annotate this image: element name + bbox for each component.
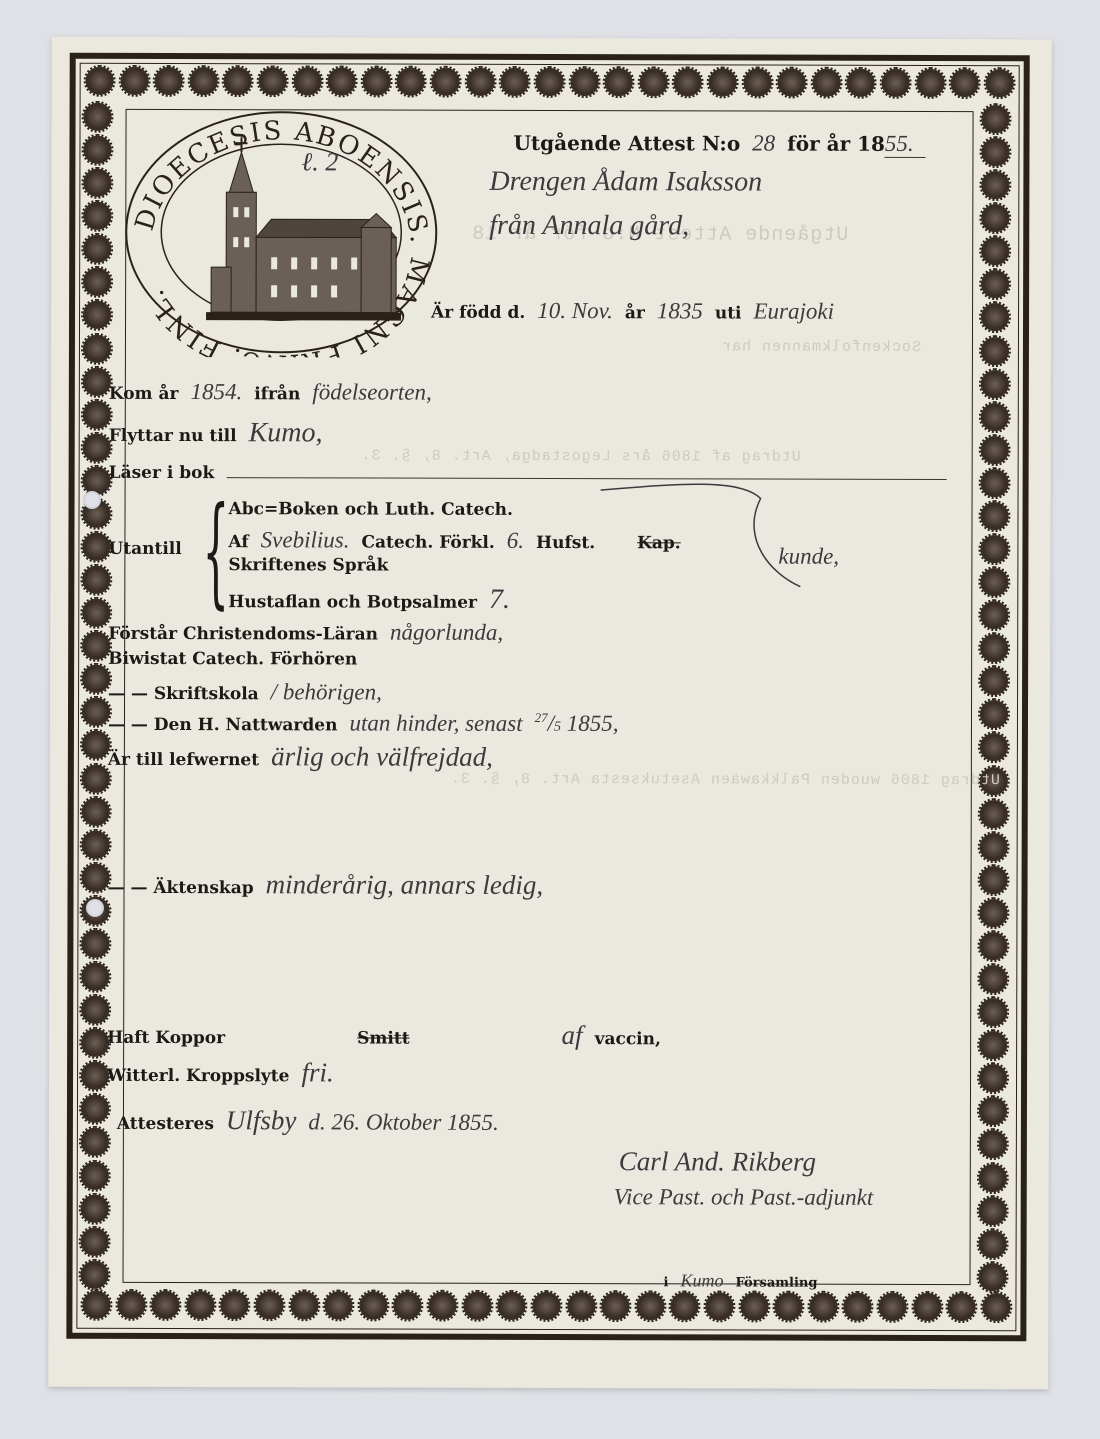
document-page: Utgående Attest N:o för år 18 Sockenfolk… — [48, 37, 1052, 1390]
brace-icon: { — [202, 492, 229, 612]
utantill-side-note: kunde, — [778, 544, 839, 570]
person-line-1: Drengen Ådam Isaksson — [489, 166, 762, 199]
signature-title: Vice Past. och Past.-adjunkt — [614, 1184, 874, 1211]
utantill-label: Utantill — [108, 539, 181, 559]
bracket-stroke-icon — [600, 478, 840, 599]
date-year: 1855, — [567, 711, 619, 736]
field-smallpox: Haft Koppor Smitt af vaccin, — [107, 1019, 661, 1051]
signature-name: Carl And. Rikberg — [619, 1146, 816, 1178]
attest-date: d. 26. Oktober 1855. — [308, 1109, 498, 1135]
utantill-item: Hustaflan och Botpsalmer 7. — [228, 583, 510, 616]
date-day: 27 — [535, 710, 548, 725]
utantill-item-text: Catech. Förkl. — [361, 533, 494, 553]
certificate-header: Utgående Attest N:o 28 för år 1855. — [513, 130, 925, 158]
field-conduct: Är till lefwernet ärlig och välfrejdad, — [108, 741, 493, 773]
utantill-item-suffix: Hufst. — [536, 533, 595, 553]
parish-prefix: i — [663, 1275, 668, 1290]
bleed-through-text: Utdrag 1806 wuoden Palkkawäen Asetuksest… — [450, 771, 1000, 789]
utantill-item-hand: Svebilius. — [261, 527, 350, 553]
field-label: Biwistat Catech. Förhören — [108, 649, 357, 670]
field-label: Haft Koppor — [107, 1028, 225, 1048]
utantill-item-text: Abc=Boken och Luth. Catech. — [229, 499, 513, 520]
vaccin-label: vaccin, — [595, 1029, 661, 1049]
utantill-item-hand: 7. — [489, 584, 510, 616]
field-value: utan hinder, senast — [349, 710, 522, 736]
field-value: födelseorten, — [312, 379, 432, 405]
certificate-year: 55. — [885, 131, 926, 158]
seal-hand-note: ℓ. 2 — [301, 147, 338, 177]
punch-hole — [86, 899, 104, 917]
header-title-prefix: Utgående Attest N:o — [513, 131, 740, 156]
field-label: — — Skriftskola — [108, 684, 259, 704]
parish-hand: Kumo — [680, 1270, 723, 1291]
field-label: — — Äktenskap — [108, 878, 254, 898]
smitt-label: Smitt — [357, 1028, 409, 1048]
field-label: ifrån — [254, 384, 300, 404]
field-label: — — Den H. Nattwarden — [108, 714, 338, 735]
in-label: uti — [715, 303, 742, 323]
document-content: Utgående Attest N:o för år 18 Sockenfolk… — [48, 37, 1052, 1390]
field-value: någorlunda, — [390, 620, 503, 646]
vaccin-hand: af — [562, 1020, 583, 1051]
birth-place: Eurajoki — [753, 299, 834, 325]
field-label: Witterl. Kroppslyte — [107, 1066, 290, 1086]
certificate-number: 28 — [752, 131, 775, 157]
field-catechism-hearings: Biwistat Catech. Förhören — [108, 649, 357, 670]
utantill-item-number: 6. — [507, 528, 524, 554]
born-label: Är född d. — [431, 303, 525, 323]
field-label: Kom år — [109, 384, 179, 404]
utantill-item: Abc=Boken och Luth. Catech. — [229, 499, 513, 520]
church-seal-icon: DIOECESIS ABOENSIS. MAGNI PRINC. FINL. — [121, 107, 442, 358]
field-label: Läser i bok — [109, 463, 215, 483]
attest-place: Ulfsby — [226, 1105, 297, 1136]
field-understands: Förstår Christendoms-Läran någorlunda, — [108, 619, 503, 646]
header-year-label: för år 18 — [787, 132, 885, 156]
field-label: Förstår Christendoms-Läran — [108, 624, 378, 645]
communion-date: 27/5 1855, — [535, 710, 619, 737]
field-value: Kumo, — [249, 417, 323, 449]
field-moving-to: Flyttar nu till Kumo, — [109, 417, 323, 450]
field-value: 1854. — [190, 379, 242, 405]
birth-year: 1835 — [657, 298, 703, 324]
attestation-line: Attesteres Ulfsby d. 26. Oktober 1855. — [117, 1105, 499, 1137]
field-value: ärlig och välfrejdad, — [271, 741, 493, 773]
field-label: Flyttar nu till — [109, 426, 237, 446]
field-marriage: — — Äktenskap minderårig, annars ledig, — [108, 869, 544, 901]
bleed-through-text: Sockenfolkmannen har — [721, 338, 921, 356]
utantill-item: Skriftenes Språk — [228, 555, 388, 575]
field-value: minderårig, annars ledig, — [266, 869, 544, 901]
birth-line: Är född d. 10. Nov. år 1835 uti Eurajoki — [431, 298, 834, 325]
utantill-label-row: Utantill — [108, 539, 181, 559]
field-blank-line — [226, 459, 946, 480]
parish-line: i Kumo Församling — [663, 1270, 817, 1291]
diocese-seal: DIOECESIS ABOENSIS. MAGNI PRINC. FINL. — [121, 107, 442, 358]
field-bodily-defect: Witterl. Kroppslyte fri. — [107, 1057, 334, 1089]
birth-day-month: 10. Nov. — [537, 298, 613, 324]
year-label: år — [625, 303, 645, 323]
field-came-from: Kom år 1854. ifrån födelseorten, — [109, 379, 432, 406]
person-line-2: från Annala gård, — [489, 210, 689, 243]
parish-label: Församling — [735, 1275, 817, 1290]
utantill-item-text: Skriftenes Språk — [228, 555, 388, 575]
field-label: Är till lefwernet — [108, 750, 259, 770]
utantill-item-text: Hustaflan och Botpsalmer — [228, 592, 477, 613]
attest-label: Attesteres — [117, 1114, 214, 1134]
field-value: fri. — [301, 1057, 333, 1088]
punch-hole — [83, 491, 101, 509]
field-value: / behörigen, — [271, 679, 382, 705]
field-confession-school: — — Skriftskola / behörigen, — [108, 679, 382, 706]
utantill-item-prefix: Af — [228, 532, 248, 552]
field-communion: — — Den H. Nattwarden utan hinder, senas… — [108, 709, 619, 737]
date-month: 5 — [554, 720, 561, 735]
